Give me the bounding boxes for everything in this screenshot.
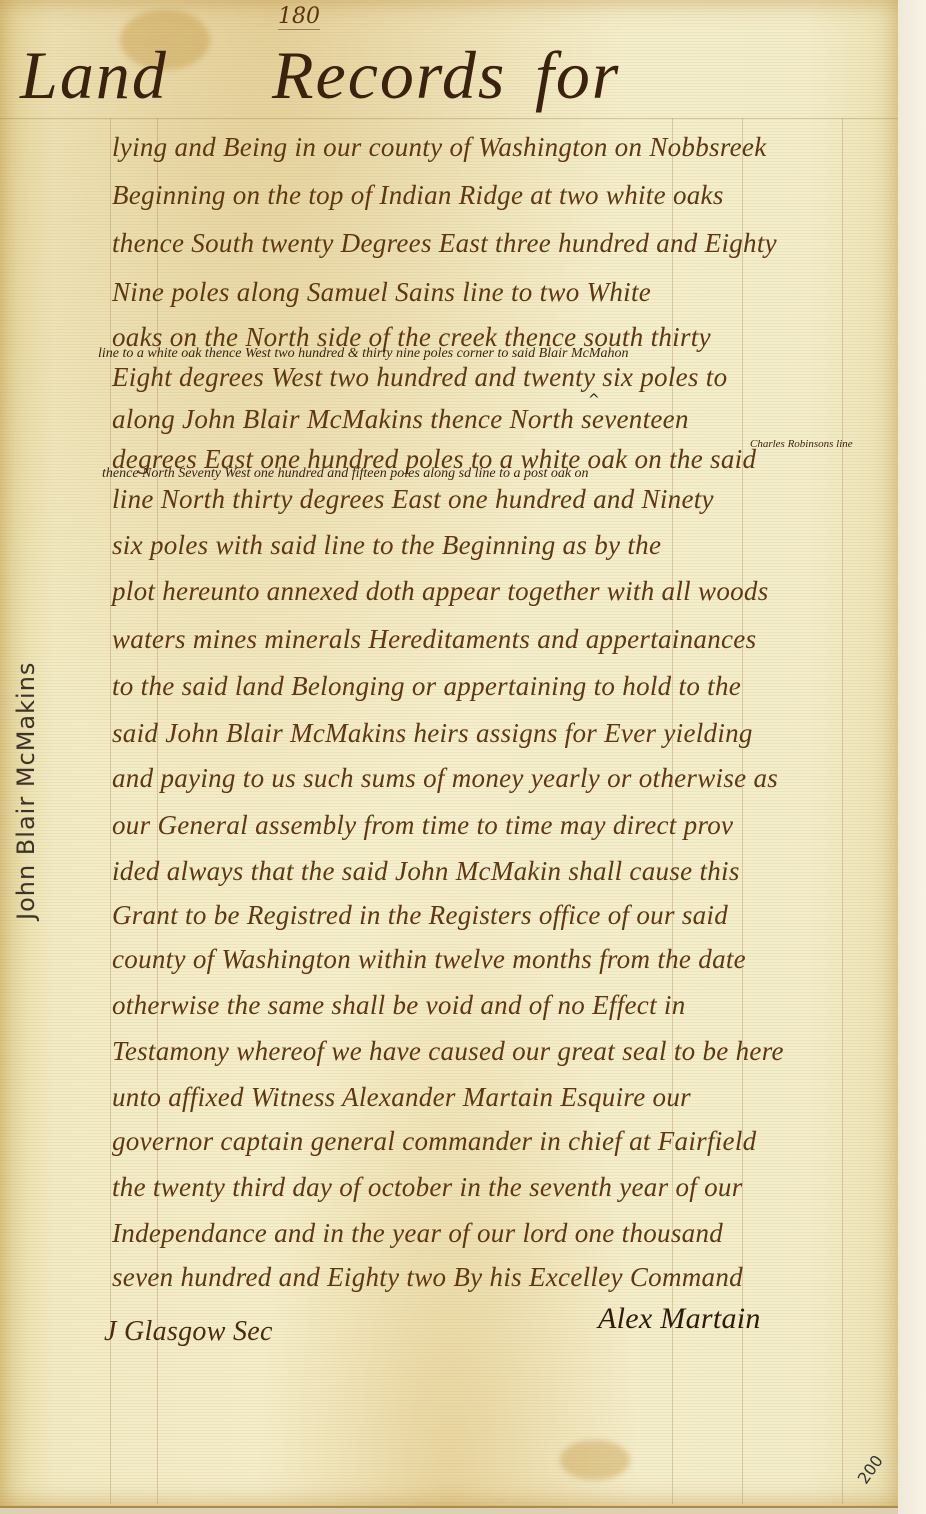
age-stain (560, 1440, 630, 1480)
title-word-records: Records (272, 36, 506, 115)
body-line: otherwise the same shall be void and of … (112, 990, 902, 1021)
body-line: governor captain general commander in ch… (112, 1126, 902, 1157)
document-page: 180 Land Records for John Blair McMakins… (0, 0, 899, 1508)
interlinear-correction: line to a white oak thence West two hund… (98, 346, 629, 362)
body-line: lying and Being in our county of Washing… (112, 132, 902, 163)
insertion-caret: ^ (588, 392, 600, 408)
body-line: Nine poles along Samuel Sains line to tw… (112, 277, 902, 308)
body-line: Grant to be Registred in the Registers o… (112, 900, 902, 931)
body-line: Independance and in the year of our lord… (112, 1218, 902, 1249)
margin-rule (110, 118, 111, 1504)
body-line: Beginning on the top of Indian Ridge at … (112, 180, 902, 211)
margin-note-grantee: John Blair McMakins (12, 662, 40, 920)
body-line: the twenty third day of october in the s… (112, 1172, 902, 1203)
body-line: plot hereunto annexed doth appear togeth… (112, 576, 902, 607)
interlinear-correction: thence North Seventy West one hundred an… (102, 466, 589, 482)
secretary-signature: J Glasgow Sec (104, 1316, 364, 1348)
header-rule (0, 118, 898, 119)
folio-number: 200 (854, 1452, 887, 1488)
page-edge (898, 0, 926, 1514)
body-line: six poles with said line to the Beginnin… (112, 530, 902, 561)
body-line: Testamony whereof we have caused our gre… (112, 1036, 902, 1067)
body-line: unto affixed Witness Alexander Martain E… (112, 1082, 902, 1113)
body-line: seven hundred and Eighty two By his Exce… (112, 1262, 902, 1293)
body-line: our General assembly from time to time m… (112, 810, 902, 841)
body-line: county of Washington within twelve month… (112, 944, 902, 975)
body-line: waters mines minerals Hereditaments and … (112, 624, 902, 655)
body-line: thence South twenty Degrees East three h… (112, 228, 902, 259)
title-word-for: for (535, 36, 620, 115)
body-line: along John Blair McMakins thence North s… (112, 404, 902, 435)
title-word-land: Land (20, 36, 168, 115)
governor-signature: Alex Martain (598, 1302, 858, 1336)
interlinear-note: Charles Robinsons line (750, 438, 853, 450)
body-line: said John Blair McMakins heirs assigns f… (112, 718, 902, 749)
body-line: ided always that the said John McMakin s… (112, 856, 902, 887)
body-line: to the said land Belonging or appertaini… (112, 671, 902, 702)
body-line: line North thirty degrees East one hundr… (112, 484, 902, 515)
page-number: 180 (278, 4, 320, 30)
body-line: Eight degrees West two hundred and twent… (112, 362, 902, 393)
body-line: and paying to us such sums of money year… (112, 763, 902, 794)
